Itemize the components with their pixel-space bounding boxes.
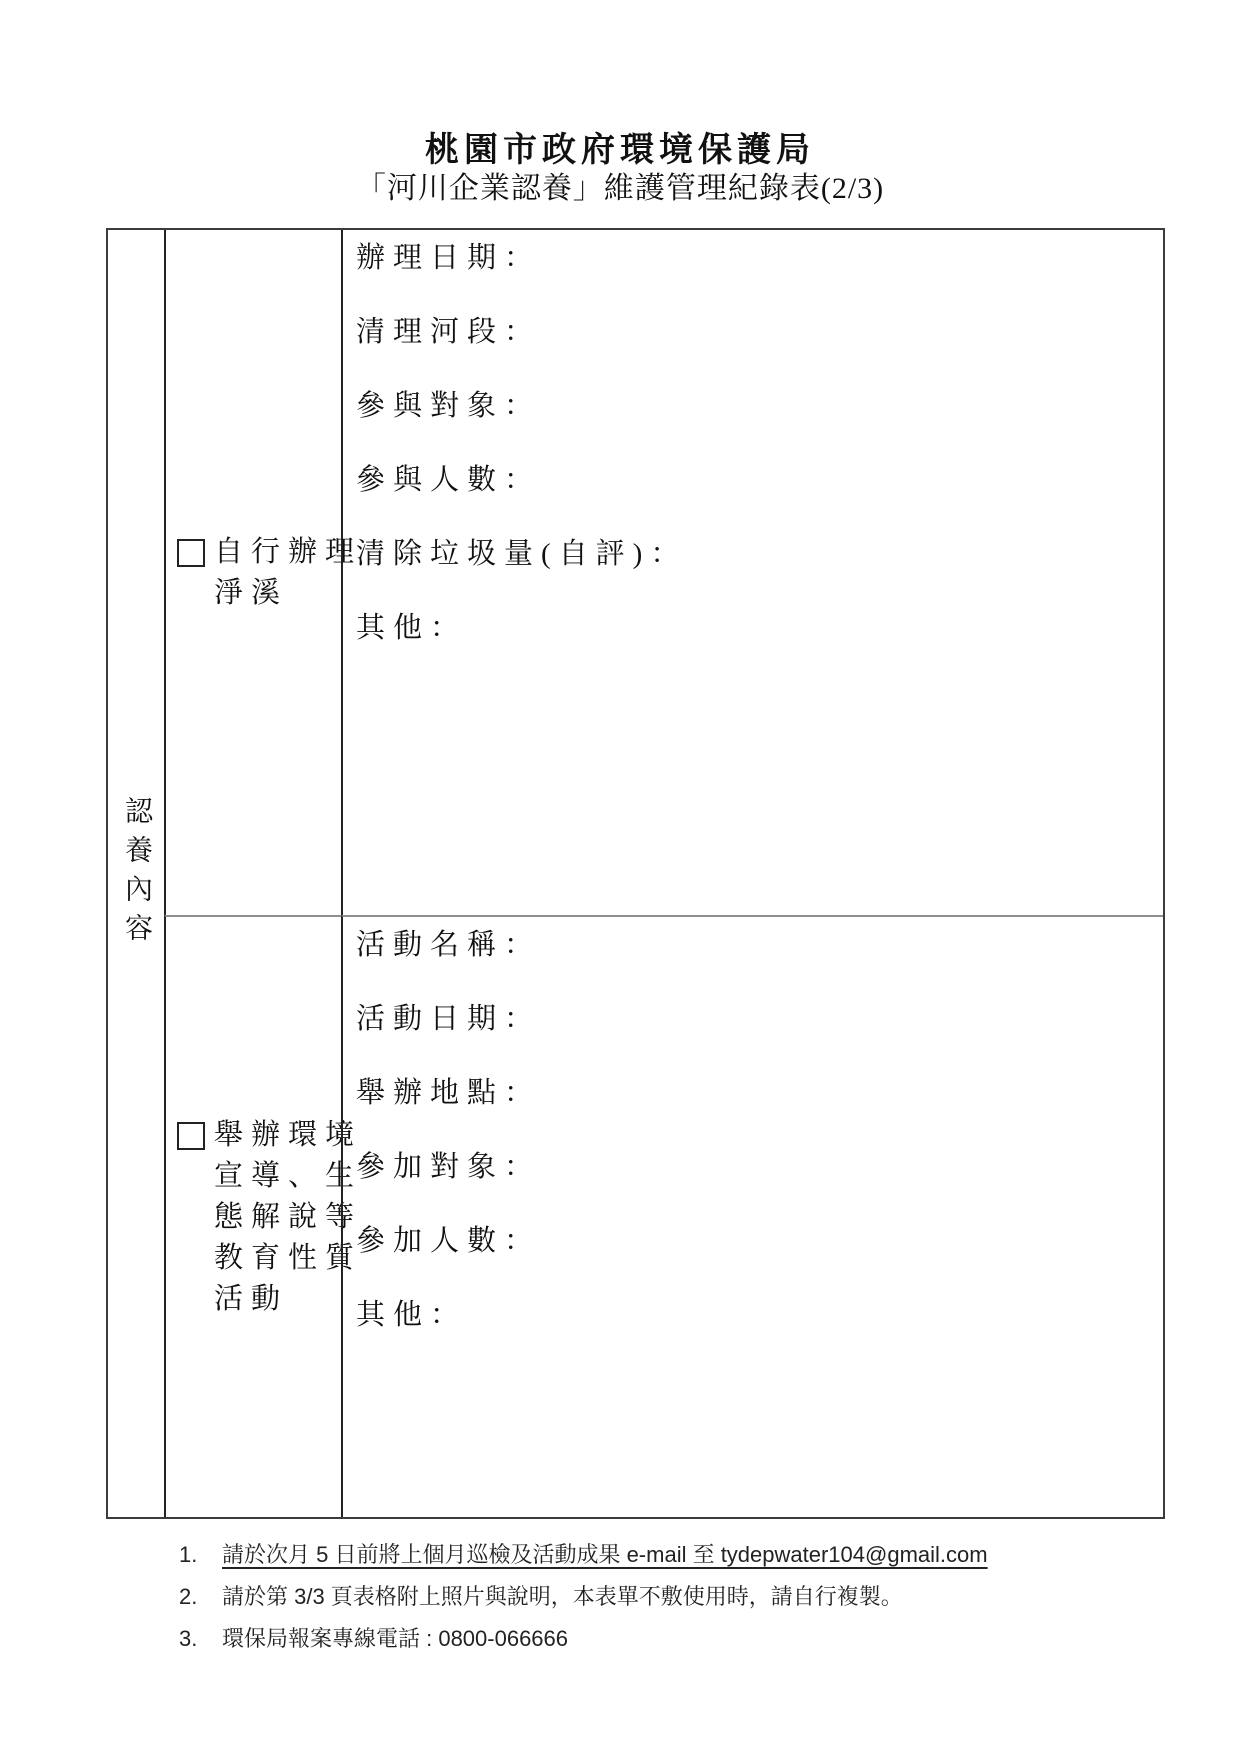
document-page: 桃園市政府環境保護局 「河川企業認養」維護管理紀錄表(2/3) 認養內容 自行辦… — [0, 0, 1240, 1754]
footnotes: 1. 請於次月 5 日前將上個月巡檢及活動成果 e-mail 至 tydepwa… — [179, 1541, 1169, 1667]
footnote-number: 2. — [179, 1583, 209, 1610]
form-title: 桃園市政府環境保護局 — [0, 133, 1240, 169]
self-cleanup-option-cell: 自行辦理 淨溪 — [164, 230, 341, 915]
footnote: 3. 環保局報案專線電話 : 0800-066666 — [179, 1625, 1169, 1652]
field-label: 舉辦地點： — [356, 1078, 1153, 1109]
self-cleanup-fields-cell: 辦理日期： 清理河段： 參與對象： 參與人數： 清除垃圾量(自評)： 其他： — [341, 230, 1163, 915]
education-activity-checkbox[interactable] — [177, 1122, 205, 1150]
footnote-number: 3. — [179, 1625, 209, 1652]
form-subtitle: 「河川企業認養」維護管理紀錄表(2/3) — [0, 172, 1240, 206]
education-activity-option-cell: 舉辦環境 宣導、生 態解說等 教育性質 活動 — [164, 915, 341, 1517]
record-table: 認養內容 自行辦理 淨溪 辦理日期： 清理河段： 參與對象： 參與人數： 清除垃… — [106, 228, 1165, 1519]
field-label: 參與對象： — [356, 391, 1153, 422]
footnote: 2. 請於第 3/3 頁表格附上照片與說明，本表單不敷使用時，請自行複製。 — [179, 1583, 1169, 1610]
category-header-cell: 認養內容 — [108, 230, 164, 1517]
footnote: 1. 請於次月 5 日前將上個月巡檢及活動成果 e-mail 至 tydepwa… — [179, 1541, 1169, 1568]
footnote-text: 請於次月 5 日前將上個月巡檢及活動成果 e-mail 至 tydepwater… — [222, 1541, 988, 1568]
footnote-number: 1. — [179, 1541, 209, 1568]
field-label: 活動日期： — [356, 1004, 1153, 1035]
field-label: 辦理日期： — [356, 243, 1153, 274]
field-label: 參與人數： — [356, 465, 1153, 496]
footnote-text: 環保局報案專線電話 : 0800-066666 — [222, 1625, 568, 1652]
field-label: 清理河段： — [356, 317, 1153, 348]
field-label: 清除垃圾量(自評)： — [356, 539, 1153, 570]
field-label: 其他： — [356, 1300, 1153, 1331]
category-label: 認養內容 — [116, 796, 156, 952]
footnote-text: 請於第 3/3 頁表格附上照片與說明，本表單不敷使用時，請自行複製。 — [222, 1583, 903, 1610]
field-label: 參加對象： — [356, 1152, 1153, 1183]
education-activity-fields-cell: 活動名稱： 活動日期： 舉辦地點： 參加對象： 參加人數： 其他： — [341, 915, 1163, 1517]
education-activity-option: 舉辦環境 宣導、生 態解說等 教育性質 活動 — [177, 1115, 366, 1320]
self-cleanup-checkbox[interactable] — [177, 539, 205, 567]
field-label: 活動名稱： — [356, 930, 1153, 961]
self-cleanup-option: 自行辦理 淨溪 — [177, 532, 366, 614]
field-label: 其他： — [356, 613, 1153, 644]
field-label: 參加人數： — [356, 1226, 1153, 1257]
